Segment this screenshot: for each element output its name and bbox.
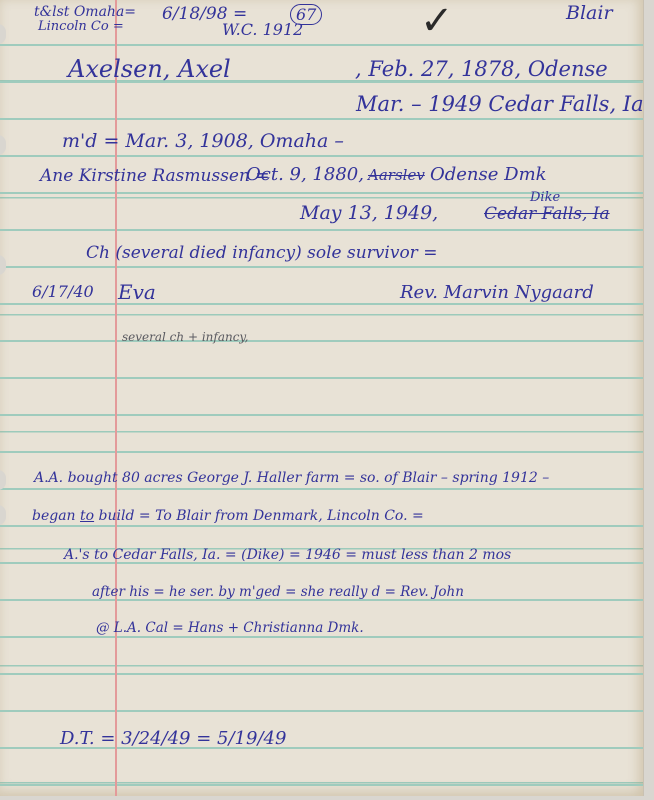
ruled-line [0,488,643,490]
child-date: 6/17/40 [32,282,94,301]
binder-hole [0,24,6,44]
spouse-death-date: May 13, 1949, [300,202,438,224]
ruled-line [0,155,643,157]
ruled-line [0,414,643,416]
header-location: Blair [566,2,613,24]
ruled-line [0,377,643,379]
spouse-birth-place: Odense Dmk [430,164,547,185]
person-name: Axelsen, Axel [68,55,231,83]
ruled-line [0,118,643,120]
header-wc: W.C. 1912 [222,20,303,39]
child-name: Eva [118,280,156,304]
notebook-page: t&lst Omaha= Lincoln Co = 6/18/98 = W.C.… [0,0,644,796]
ruled-line [0,44,643,46]
note-text: began [32,508,80,524]
ruled-line [0,340,643,342]
ruled-line [0,636,643,638]
officiant: Rev. Marvin Nygaard [400,282,594,303]
ruled-line [0,784,643,786]
header-county: Lincoln Co = [38,19,124,34]
ruled-line [0,525,643,527]
spouse-birth-struck: Aarslev [368,166,425,184]
footer-dates: D.T. = 3/24/49 = 5/19/49 [60,728,286,749]
ruled-line [0,673,643,675]
marriage-info: m'd = Mar. 3, 1908, Omaha – [62,130,344,152]
note-underlined-text: to [80,508,94,524]
spouse-death-insert: Dike [530,190,560,205]
ruled-line [0,710,643,712]
spouse-name: Ane Kirstine Rasmussen = [40,166,270,186]
margin-line [115,0,117,796]
header-reference: t&lst Omaha= [34,4,136,20]
note-line-1: A.A. bought 80 acres George J. Haller fa… [34,470,549,486]
death-info: Mar. – 1949 Cedar Falls, Ia [356,92,644,116]
binder-hole [0,470,6,490]
checkmark-icon: ✓ [420,0,454,44]
binder-hole [0,255,6,275]
note-text: build = To Blair from Denmark, Lincoln C… [94,508,424,524]
note-line-3: A.'s to Cedar Falls, Ia. = (Dike) = 1946… [64,547,511,563]
binder-hole [0,135,6,155]
circled-number: 67 [290,4,322,25]
ruled-line [0,229,643,231]
note-line-2: began to build = To Blair from Denmark, … [32,508,424,524]
children-note: Ch (several died infancy) sole survivor … [86,243,437,263]
ruled-line [0,451,643,453]
note-line-5: @ L.A. Cal = Hans + Christianna Dmk. [96,620,364,636]
pencil-note: several ch + infancy, [122,330,248,344]
binder-hole [0,505,6,525]
birth-info: , Feb. 27, 1878, Odense [355,57,608,81]
note-line-4: after his = he ser. by m'ged = she reall… [92,584,464,600]
spouse-death-place: Cedar Falls, Ia [484,204,610,224]
spouse-birth-date: Oct. 9, 1880, [246,164,364,185]
ruled-line [0,266,643,268]
ruled-line [0,303,643,305]
